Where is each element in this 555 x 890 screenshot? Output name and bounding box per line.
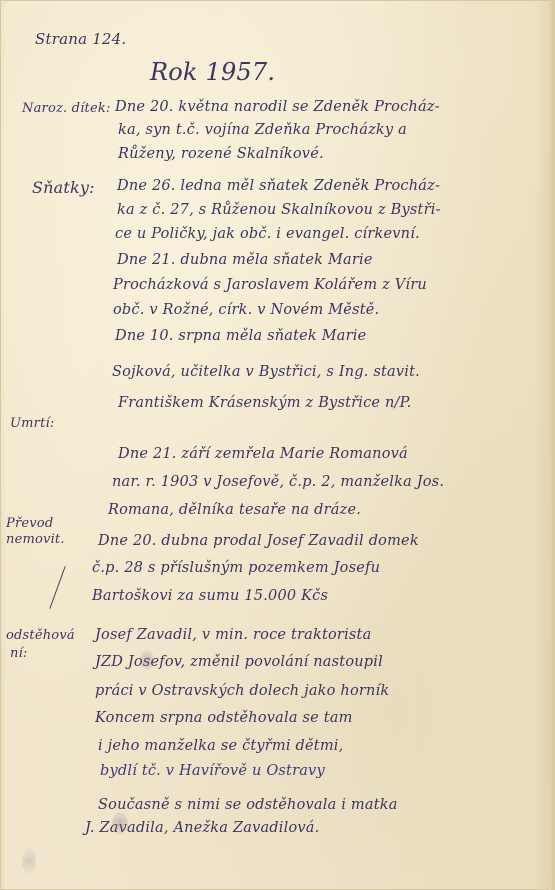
relocation-line-4: Koncem srpna odstěhovala se tam [95, 710, 353, 726]
transfer-line-1: Dne 20. dubna prodal Josef Zavadil domek [98, 533, 419, 549]
section-label-transfer-2: nemovit. [6, 532, 65, 547]
ink-smudge [140, 650, 154, 670]
section-label-relocation-1: odstěhová [6, 628, 75, 643]
deaths-line-2: nar. r. 1903 v Josefově, č.p. 2, manželk… [112, 474, 444, 490]
relocation-line-7: Současně s nimi se odstěhovala i matka [98, 797, 398, 813]
transfer-line-3: Bartoškovi za sumu 15.000 Kčs [92, 588, 328, 604]
births-line-3: Růženy, rozené Skalníkové. [118, 146, 324, 162]
page-number: Strana 124. [35, 30, 126, 48]
marriages-line-9: Františkem Krásenským z Bystřice n/P. [118, 395, 411, 411]
ink-smudge [112, 812, 128, 834]
ink-smudge [22, 848, 36, 874]
section-label-births: Naroz. dítek: [22, 101, 111, 116]
margin-stroke [49, 566, 65, 609]
relocation-line-3: práci v Ostravských dolech jako horník [95, 683, 389, 699]
section-label-marriages: Sňatky: [32, 178, 95, 197]
relocation-line-6: bydlí tč. v Havířově u Ostravy [100, 763, 325, 779]
marriages-line-3: ce u Poličky, jak obč. i evangel. církev… [115, 226, 420, 242]
marriages-line-5: Procházková s Jaroslavem Kolářem z Víru [113, 277, 427, 293]
transfer-line-2: č.p. 28 s příslušným pozemkem Josefu [92, 560, 380, 576]
births-line-2: ka, syn t.č. vojína Zdeňka Procházky a [118, 122, 407, 138]
section-label-deaths: Umrtí: [10, 416, 54, 431]
marriages-line-8: Sojková, učitelka v Bystřici, s Ing. sta… [112, 364, 420, 380]
ledger-page: Strana 124. Rok 1957. Naroz. dítek: Dne … [0, 0, 555, 890]
relocation-line-5: i jeho manželka se čtyřmi dětmi, [98, 738, 343, 754]
deaths-line-3: Romana, dělníka tesaře na dráze. [108, 502, 361, 518]
marriages-line-7: Dne 10. srpna měla sňatek Marie [115, 328, 366, 344]
section-label-transfer-1: Převod [6, 516, 53, 531]
relocation-line-2: JZD Josefov, změnil povolání nastoupil [95, 654, 383, 670]
relocation-line-1: Josef Zavadil, v min. roce traktorista [95, 627, 371, 643]
section-label-relocation-2: ní: [10, 646, 28, 661]
marriages-line-1: Dne 26. ledna měl sňatek Zdeněk Procház- [117, 178, 440, 194]
marriages-line-2: ka z č. 27, s Růženou Skalníkovou z Byst… [117, 202, 441, 218]
deaths-line-1: Dne 21. září zemřela Marie Romanová [118, 446, 408, 462]
births-line-1: Dne 20. května narodil se Zdeněk Procház… [115, 99, 440, 115]
marriages-line-6: obč. v Rožné, círk. v Novém Městě. [113, 302, 379, 318]
page-edge [549, 0, 555, 890]
marriages-line-4: Dne 21. dubna měla sňatek Marie [117, 252, 373, 268]
year-heading: Rok 1957. [150, 58, 275, 86]
